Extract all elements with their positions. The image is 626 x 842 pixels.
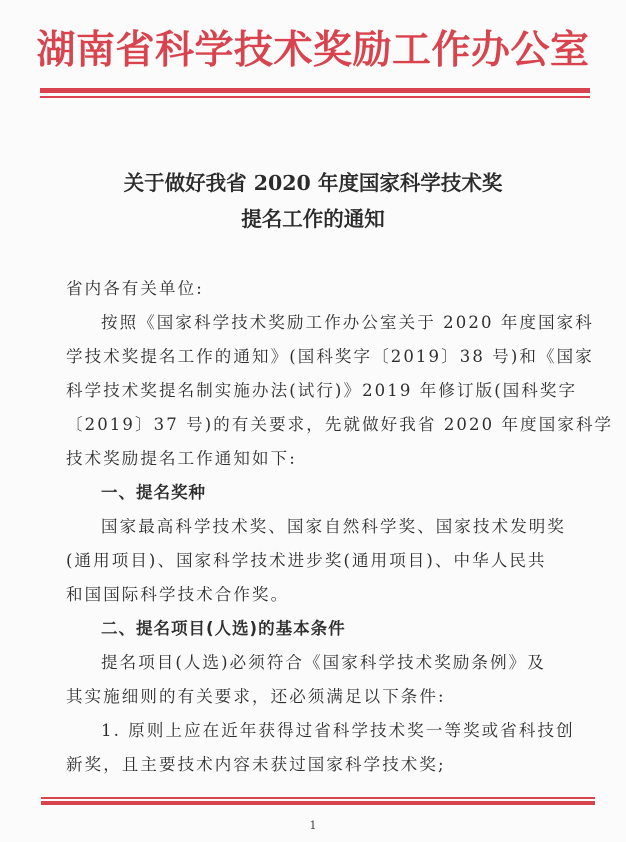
footer-rule-thin <box>41 797 595 799</box>
section-2-line: 其实施细则的有关要求，还必须满足以下条件: <box>66 687 446 707</box>
section-1-line: 国家最高科学技术奖、国家自然科学奖、国家技术发明奖 <box>101 517 566 537</box>
section-2-line: 提名项目(人选)必须符合《国家科学技术奖励条例》及 <box>101 653 546 673</box>
section-2-line: 1. 原则上应在近年获得过省科学技术奖一等奖或省科技创 <box>101 721 575 741</box>
section-1-line: 和国国际科学技术合作奖。 <box>66 585 289 605</box>
intro-line: 学技术奖提名工作的通知》(国科奖字〔2019〕38 号)和《国家 <box>66 347 594 367</box>
title-line-2: 提名工作的通知 <box>0 202 626 232</box>
intro-line: 〔2019〕37 号)的有关要求，先就做好我省 2020 年度国家科学 <box>66 415 613 435</box>
footer-rule-thick <box>41 801 595 805</box>
letterhead-rule-thick <box>40 88 590 93</box>
section-2-heading: 二、提名项目(人选)的基本条件 <box>101 619 346 639</box>
intro-line: 按照《国家科学技术奖励工作办公室关于 2020 年度国家科 <box>101 313 594 333</box>
section-1-heading: 一、提名奖种 <box>101 483 206 503</box>
letterhead-org-name: 湖南省科学技术奖励工作办公室 <box>0 26 626 74</box>
section-2-line: 新奖，且主要技术内容未获过国家科学技术奖; <box>66 755 446 775</box>
intro-line: 科学技术奖提名制实施办法(试行)》2019 年修订版(国科奖字 <box>66 381 577 401</box>
salutation: 省内各有关单位: <box>66 279 204 299</box>
title-line-1: 关于做好我省 2020 年度国家科学技术奖 <box>0 166 626 196</box>
letterhead-rule-thin <box>40 96 590 98</box>
intro-line: 技术奖励提名工作通知如下: <box>66 449 297 469</box>
section-1-line: (通用项目)、国家科学技术进步奖(通用项目)、中华人民共 <box>66 551 547 571</box>
page-number: 1 <box>0 819 626 832</box>
